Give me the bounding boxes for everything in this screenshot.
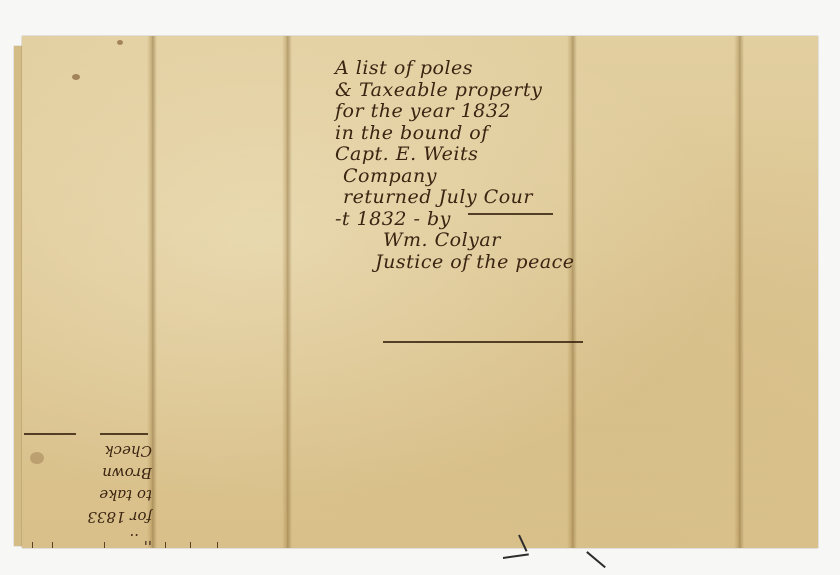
- signature-title: Justice of the peace: [335, 252, 575, 274]
- note-line: & Taxeable property: [335, 80, 575, 102]
- side-note-line: to take: [32, 484, 152, 506]
- ink-spot: [72, 74, 80, 80]
- note-line: -t 1832 - by: [335, 209, 575, 231]
- binding-thread: [503, 553, 529, 559]
- ink-spot: [117, 40, 123, 45]
- ink-underline: [383, 341, 583, 343]
- note-line: returned July Cour: [335, 187, 575, 209]
- edge-mark: [165, 542, 166, 548]
- note-line: in the bound of: [335, 123, 575, 145]
- ink-underline: [24, 433, 76, 435]
- note-line: A list of poles: [335, 58, 575, 80]
- note-line: for the year 1832: [335, 101, 575, 123]
- note-line: Capt. E. Weits: [335, 144, 575, 166]
- edge-mark: [190, 542, 191, 548]
- side-note-line: '' ..: [32, 528, 152, 550]
- ink-underline: [100, 433, 148, 435]
- side-note-line: Check: [32, 440, 152, 462]
- main-handwritten-note: A list of poles & Taxeable property for …: [335, 58, 575, 273]
- binding-thread: [587, 551, 606, 568]
- edge-mark: [217, 542, 218, 548]
- side-note-line: Brown: [32, 462, 152, 484]
- signature: Wm. Colyar: [335, 230, 575, 252]
- note-line: Company: [335, 166, 575, 188]
- fold-line: [734, 36, 744, 548]
- side-note-line: for 1833: [32, 506, 152, 528]
- inverted-side-note: '' .. for 1833 to take Brown Check: [32, 430, 152, 550]
- ink-underline: [468, 213, 553, 215]
- fold-line: [282, 36, 292, 548]
